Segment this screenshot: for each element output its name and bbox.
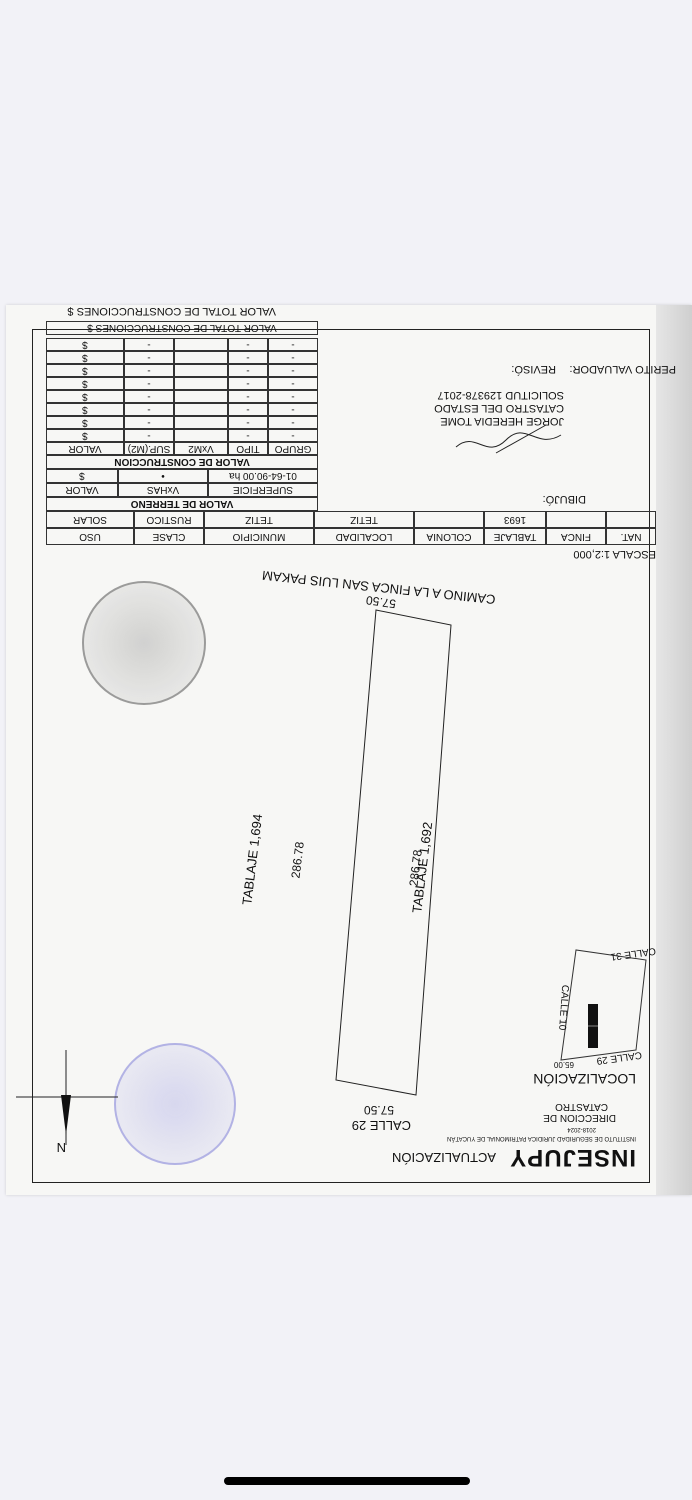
construccion-cell (174, 338, 228, 351)
scale-label: ESCALA 1:2,000 (573, 548, 656, 560)
id-header-cell: LOCALIDAD (314, 528, 414, 545)
localizacion-title: LOCALIZACIÓN (533, 1071, 636, 1087)
construccion-cell: $ (46, 364, 124, 377)
north-arrow-icon (16, 1045, 126, 1155)
terreno-value-cell: $ (46, 469, 118, 483)
id-header-cell: CLASE (134, 528, 204, 545)
construccion-cell: - (124, 429, 174, 442)
data-table: NAT.FINCATABLAJE1693COLONIALOCALIDADTETI… (46, 305, 656, 545)
direction-line2: CATASTRO (555, 1101, 608, 1112)
total-outer-label: VALOR TOTAL DE CONSTRUCCIONES $ (68, 305, 276, 317)
north-label: N (57, 1140, 66, 1155)
construccion-cell: - (124, 338, 174, 351)
construccion-cell: - (268, 377, 318, 390)
construccion-header-cell: TIPO (228, 442, 268, 455)
construccion-cell: - (228, 377, 268, 390)
terreno-value-cell: 01-64-90.00 ha (208, 469, 318, 483)
id-header-cell: FINCA (546, 528, 606, 545)
id-value-cell: RUSTICO (134, 511, 204, 528)
construccion-cell: - (124, 403, 174, 416)
construccion-cell: - (228, 390, 268, 403)
id-header-cell: NAT. (606, 528, 656, 545)
signature-request: SOLICITUD 129378-2017 (437, 389, 564, 401)
dibujo-label: DIBUJÓ: (543, 493, 586, 505)
construccion-header-cell: GRUPO (268, 442, 318, 455)
construccion-cell: - (124, 377, 174, 390)
construccion-cell (174, 416, 228, 429)
signature-org: CATASTRO DEL ESTADO (434, 402, 564, 414)
catastro-seal (82, 581, 206, 705)
actualizacion-label: ACTUALIZACIÓN (392, 1150, 496, 1165)
rotated-cadastral-sheet: INSEJUPY ACTUALIZACIÓN INSTITUTO DE SEGU… (6, 305, 656, 1195)
insejupy-logo: INSEJUPY (509, 1143, 636, 1171)
direction-line1: DIRECCION DE (543, 1112, 616, 1123)
construccion-cell: - (228, 351, 268, 364)
construccion-cell: - (228, 364, 268, 377)
construccion-header-cell: VALOR (46, 442, 124, 455)
measure-label: 65.00 (554, 1060, 574, 1069)
scanned-document: INSEJUPY ACTUALIZACIÓN INSTITUTO DE SEGU… (6, 305, 692, 1195)
page-edge-shadow (656, 305, 692, 1195)
terreno-value-cell: • (118, 469, 208, 483)
construccion-cell: - (268, 364, 318, 377)
construccion-cell: $ (46, 390, 124, 403)
id-header-cell: MUNICIPIO (204, 528, 314, 545)
construccion-cell (174, 403, 228, 416)
construccion-cell: $ (46, 429, 124, 442)
construccion-cell: - (228, 338, 268, 351)
id-value-cell: TETIZ (204, 511, 314, 528)
south-street-label: CALLE 29 (352, 1118, 411, 1133)
id-header-cell: USO (46, 528, 134, 545)
construccion-cell: - (228, 403, 268, 416)
construccion-cell (174, 390, 228, 403)
terreno-header-cell: VxHAS (118, 483, 208, 497)
construccion-cell: - (228, 429, 268, 442)
reviso-label: REVISÓ: (511, 363, 556, 375)
construccion-cell: - (268, 390, 318, 403)
terreno-header-cell: SUPERFICIE (208, 483, 318, 497)
construccion-cell: - (268, 403, 318, 416)
id-value-cell (414, 511, 484, 528)
construccion-cell: $ (46, 416, 124, 429)
id-header-cell: COLONIA (414, 528, 484, 545)
construccion-cell: $ (46, 351, 124, 364)
id-value-cell (606, 511, 656, 528)
construccion-cell: - (268, 338, 318, 351)
home-indicator[interactable] (224, 1477, 470, 1485)
bottom-side-measure: 57.50 (364, 1103, 394, 1117)
construccion-cell (174, 429, 228, 442)
construccion-cell: $ (46, 338, 124, 351)
valuador-label: PERITO VALUADOR: (569, 363, 676, 375)
construccion-cell (174, 377, 228, 390)
terreno-title: VALOR DE TERRENO (46, 497, 318, 511)
construccion-cell: - (124, 351, 174, 364)
construccion-title: VALOR DE CONSTRUCCION (46, 455, 318, 469)
id-value-cell: 1693 (484, 511, 546, 528)
construccion-cell (174, 351, 228, 364)
terreno-header-cell: VALOR (46, 483, 118, 497)
construccion-cell: - (268, 351, 318, 364)
construccion-cell: - (124, 390, 174, 403)
signature-scribble (436, 415, 566, 455)
construccion-cell: $ (46, 377, 124, 390)
id-header-cell: TABLAJE (484, 528, 546, 545)
id-value-cell (546, 511, 606, 528)
id-value-cell: TETIZ (314, 511, 414, 528)
construccion-cell: - (268, 429, 318, 442)
institute-name: INSTITUTO DE SEGURIDAD JURIDICA PATRIMON… (447, 1134, 636, 1141)
construccion-cell: - (124, 416, 174, 429)
construccion-cell: $ (46, 403, 124, 416)
construccion-cell: - (124, 364, 174, 377)
period-label: 2018-2024 (567, 1126, 596, 1132)
notary-seal (114, 1043, 236, 1165)
construccion-header-cell: VxM2 (174, 442, 228, 455)
construccion-header-cell: SUP.(M2) (124, 442, 174, 455)
construccion-cell (174, 364, 228, 377)
construccion-cell: - (228, 416, 268, 429)
id-value-cell: SOLAR (46, 511, 134, 528)
total-constructions: VALOR TOTAL DE CONSTRUCCIONES $ (46, 321, 318, 335)
construccion-cell: - (268, 416, 318, 429)
location-map (516, 910, 656, 1070)
